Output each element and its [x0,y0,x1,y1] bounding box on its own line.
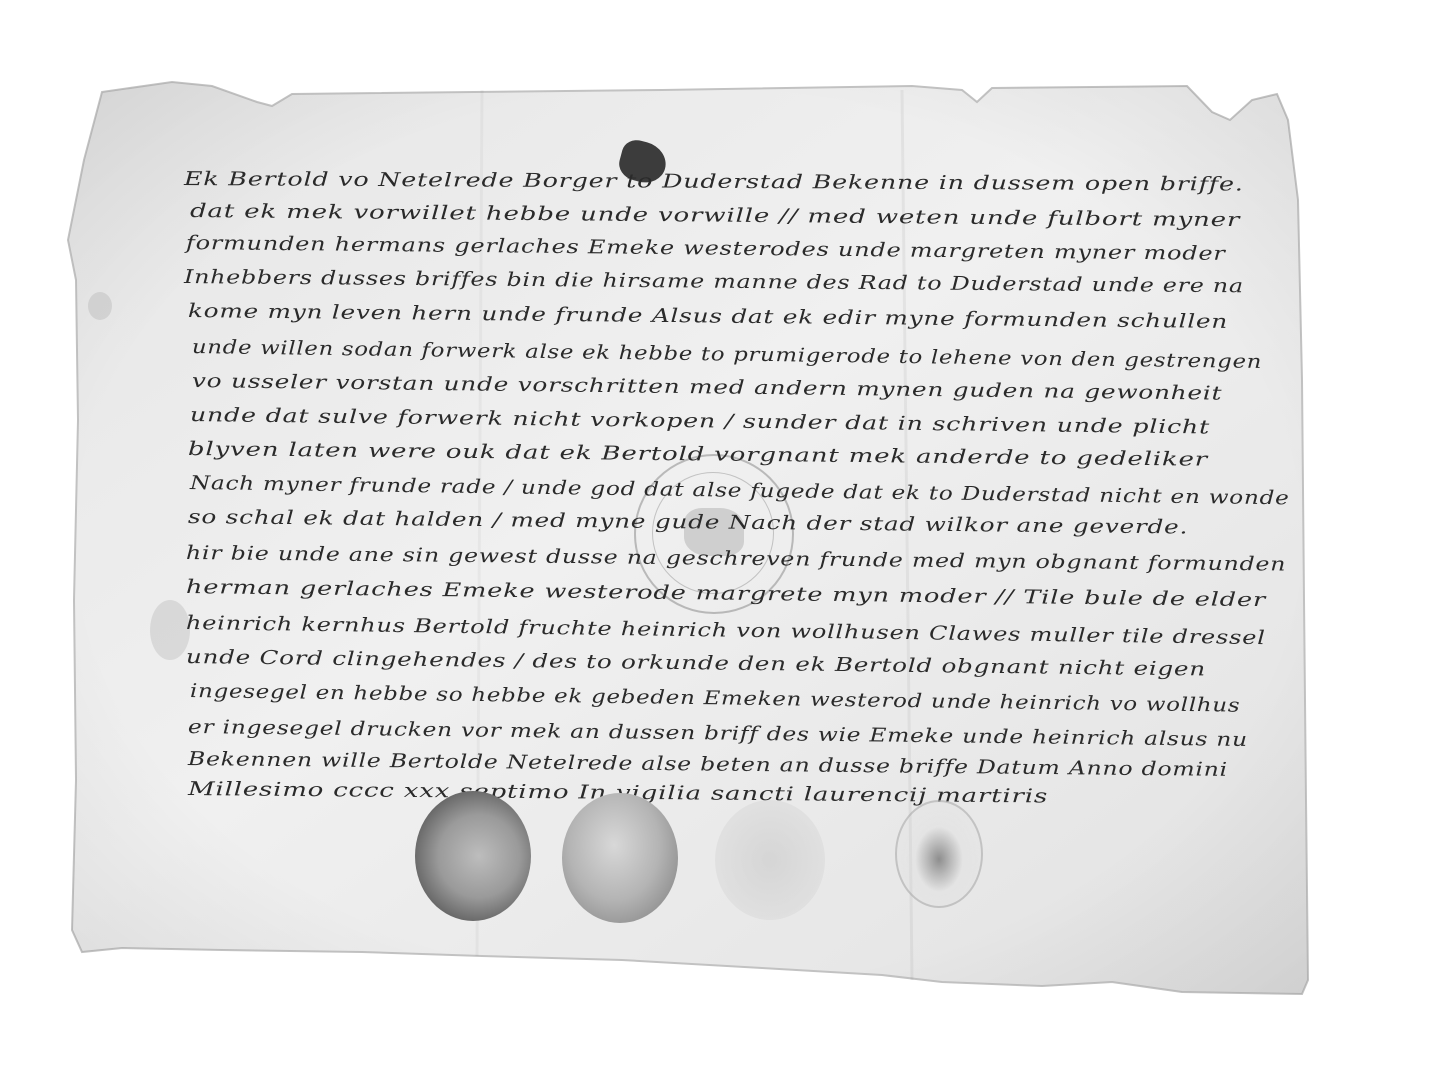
seal-trace-3 [715,800,825,920]
water-stain [150,600,190,660]
water-stain [88,292,112,320]
wax-seal-2 [562,793,678,923]
seal-trace-4 [895,800,983,908]
document-scan: Ek Bertold vo Netelrede Borger to Duders… [0,0,1440,1065]
wax-seal-1 [415,791,531,921]
